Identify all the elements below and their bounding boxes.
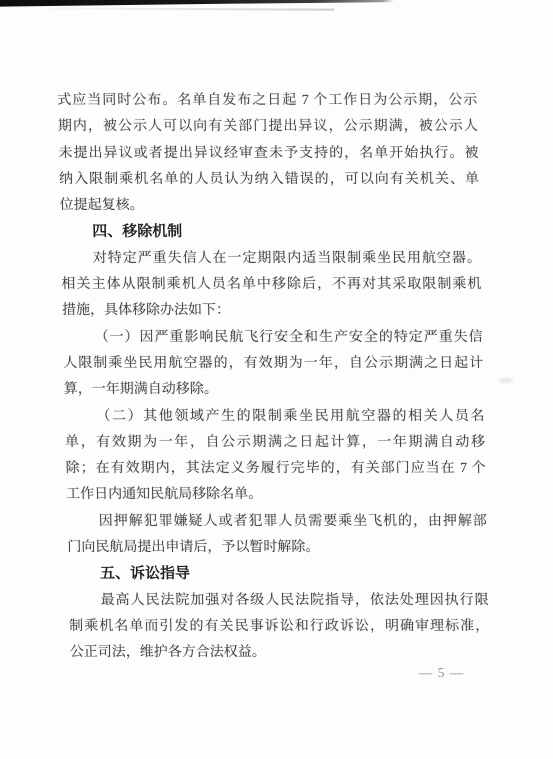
text-line: 门向民航局提出申请后，予以暂时解除。: [67, 535, 488, 561]
scan-artifact-line: [0, 0, 394, 7]
scan-artifact-echo: [24, 7, 334, 10]
text-line: 单，有效期为一年，自公示期满之日起计算，一年期满自动移: [65, 430, 486, 456]
section-heading-litigation-guidance: 五、诉讼指导: [68, 561, 489, 587]
page-number: — 5 —: [419, 665, 465, 681]
text-line-item-two: （二）其他领域产生的限制乘坐民用航空器的相关人员名: [64, 404, 485, 430]
text-line: 除；在有效期内，其法定义务履行完毕的，有关部门应当在 7 个: [65, 456, 486, 482]
text-line: 相关主体从限制乘机人员名单中移除后，不再对其采取限制乘机: [61, 272, 482, 298]
text-line: 最高人民法院加强对各级人民法院指导，依法处理因执行限: [68, 588, 489, 614]
text-line: 措施，具体移除办法如下：: [62, 298, 483, 324]
text-line: 人限制乘坐民用航空器的，有效期为一年，自公示期满之日起计: [63, 351, 484, 377]
text-line: 期内，被公示人可以向有关部门提出异议，公示期满，被公示人: [58, 114, 479, 140]
text-line: 公正司法，维护各方合法权益。: [70, 640, 491, 666]
section-heading-removal-mechanism: 四、移除机制: [60, 219, 481, 245]
scan-artifact-smudge: [499, 378, 513, 383]
document-page: 式应当同时公布。名单自发布之日起 7 个工作日为公示期，公示 期内，被公示人可以…: [0, 0, 553, 759]
text-line: 对特定严重失信人在一定期限内适当限制乘坐民用航空器。: [61, 246, 482, 272]
text-line: 算，一年期满自动移除。: [64, 377, 485, 403]
text-line: 式应当同时公布。名单自发布之日起 7 个工作日为公示期，公示: [57, 88, 478, 114]
text-line: 工作日内通知民航局移除名单。: [66, 482, 487, 508]
text-line: 制乘机名单而引发的有关民事诉讼和行政诉讼，明确审理标准，: [69, 614, 490, 640]
text-line: 纳入限制乘机名单的人员认为纳入错误的，可以向有关机关、单: [59, 167, 480, 193]
text-line-item-one: （一）因严重影响民航飞行安全和生产安全的特定严重失信: [62, 325, 483, 351]
text-line: 未提出异议或者提出异议经审查未予支持的，名单开始执行。被: [58, 141, 479, 167]
text-line: 因押解犯罪嫌疑人或者犯罪人员需要乘坐飞机的，由押解部: [67, 509, 488, 535]
text-line: 位提起复核。: [59, 193, 480, 219]
document-text-block: 式应当同时公布。名单自发布之日起 7 个工作日为公示期，公示 期内，被公示人可以…: [57, 88, 491, 708]
